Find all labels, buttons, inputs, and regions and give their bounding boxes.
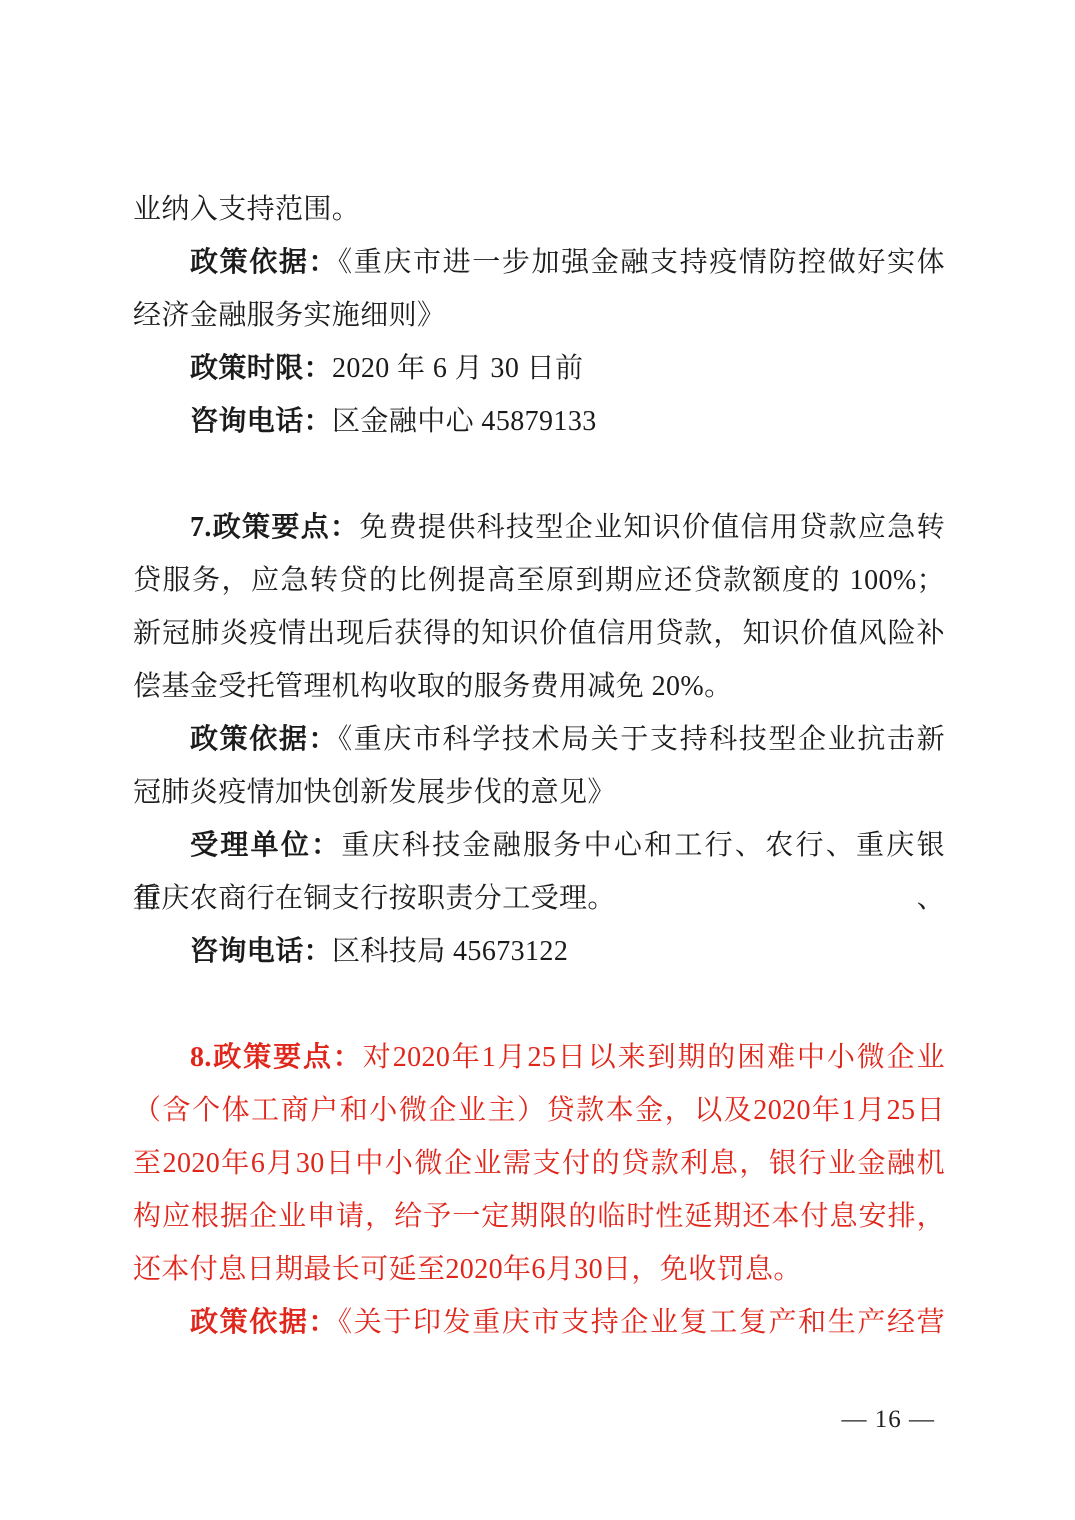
- line-text: 《重庆市科学技术局关于支持科技型企业抗击新: [338, 724, 945, 755]
- text-line: 冠肺炎疫情加快创新发展步伐的意见》: [133, 766, 945, 819]
- text-line: 还本付息日期最长可延至2020年6月30日，免收罚息。: [133, 1243, 945, 1296]
- field-label: 受理单位：: [190, 830, 341, 861]
- policy-item-6-continuation: 业纳入支持范围。 政策依据：《重庆市进一步加强金融支持疫情防控做好实体 经济金融…: [133, 183, 945, 448]
- policy-key-points-line: 8.政策要点：对2020年1月25日以来到期的困难中小微企业: [133, 1031, 945, 1084]
- text-line: 构应根据企业申请，给予一定期限的临时性延期还本付息安排，: [133, 1190, 945, 1243]
- policy-key-points-line: 7.政策要点：免费提供科技型企业知识价值信用贷款应急转: [133, 501, 945, 554]
- field-label: 政策依据：: [190, 724, 338, 755]
- text-line: 经济金融服务实施细则》: [133, 289, 945, 342]
- line-text: 偿基金受托管理机构收取的服务费用减免 20%。: [133, 671, 733, 702]
- line-text: 还本付息日期最长可延至2020年6月30日，免收罚息。: [133, 1254, 802, 1285]
- page-number: — 16 —: [842, 1405, 936, 1435]
- line-text: 区金融中心 45879133: [332, 406, 597, 437]
- line-text: 构应根据企业申请，给予一定期限的临时性延期还本付息安排，: [133, 1201, 945, 1232]
- policy-basis-line: 政策依据：《关于印发重庆市支持企业复工复产和生产经营: [133, 1296, 945, 1349]
- line-text: 《关于印发重庆市支持企业复工复产和生产经营: [338, 1307, 945, 1338]
- line-text: 2020 年 6 月 30 日前: [332, 353, 583, 384]
- line-text: 经济金融服务实施细则》: [133, 300, 445, 331]
- field-label: 7.政策要点：: [190, 512, 359, 543]
- field-label: 咨询电话：: [190, 406, 332, 437]
- policy-basis-line: 政策依据：《重庆市进一步加强金融支持疫情防控做好实体: [133, 236, 945, 289]
- field-label: 咨询电话：: [190, 936, 332, 967]
- text-line: 偿基金受托管理机构收取的服务费用减免 20%。: [133, 660, 945, 713]
- line-text: 新冠肺炎疫情出现后获得的知识价值信用贷款，知识价值风险补: [133, 618, 945, 649]
- field-label: 政策依据：: [190, 247, 338, 278]
- line-text: 业纳入支持范围。: [133, 194, 360, 225]
- field-label: 政策依据：: [190, 1307, 338, 1338]
- line-text: 《重庆市进一步加强金融支持疫情防控做好实体: [338, 247, 945, 278]
- field-label: 政策时限：: [190, 353, 332, 384]
- line-text: （含个体工商户和小微企业主）贷款本金，以及2020年1月25日: [133, 1095, 945, 1126]
- line-text: 冠肺炎疫情加快创新发展步伐的意见》: [133, 777, 616, 808]
- line-text: 至2020年6月30日中小微企业需支付的贷款利息，银行业金融机: [133, 1148, 945, 1179]
- line-text: 对2020年1月25日以来到期的困难中小微企业: [363, 1042, 945, 1073]
- accepting-unit-line: 受理单位：重庆科技金融服务中心和工行、农行、重庆银行、: [133, 819, 945, 872]
- document-page-body: 业纳入支持范围。 政策依据：《重庆市进一步加强金融支持疫情防控做好实体 经济金融…: [133, 183, 945, 1349]
- policy-deadline-line: 政策时限：2020 年 6 月 30 日前: [133, 342, 945, 395]
- text-line: （含个体工商户和小微企业主）贷款本金，以及2020年1月25日: [133, 1084, 945, 1137]
- text-line: 至2020年6月30日中小微企业需支付的贷款利息，银行业金融机: [133, 1137, 945, 1190]
- contact-phone-line: 咨询电话：区金融中心 45879133: [133, 395, 945, 448]
- policy-item-7: 7.政策要点：免费提供科技型企业知识价值信用贷款应急转 贷服务，应急转贷的比例提…: [133, 501, 945, 978]
- line-text: 免费提供科技型企业知识价值信用贷款应急转: [359, 512, 945, 543]
- text-line: 业纳入支持范围。: [133, 183, 945, 236]
- line-text: 区科技局 45673122: [332, 936, 568, 967]
- policy-item-8: 8.政策要点：对2020年1月25日以来到期的困难中小微企业 （含个体工商户和小…: [133, 1031, 945, 1349]
- line-text: 重庆农商行在铜支行按职责分工受理。: [133, 883, 616, 914]
- field-label: 8.政策要点：: [190, 1042, 363, 1073]
- text-line: 贷服务，应急转贷的比例提高至原到期应还贷款额度的 100%；: [133, 554, 945, 607]
- policy-basis-line: 政策依据：《重庆市科学技术局关于支持科技型企业抗击新: [133, 713, 945, 766]
- text-line: 新冠肺炎疫情出现后获得的知识价值信用贷款，知识价值风险补: [133, 607, 945, 660]
- contact-phone-line: 咨询电话：区科技局 45673122: [133, 925, 945, 978]
- line-text: 贷服务，应急转贷的比例提高至原到期应还贷款额度的 100%；: [133, 565, 945, 596]
